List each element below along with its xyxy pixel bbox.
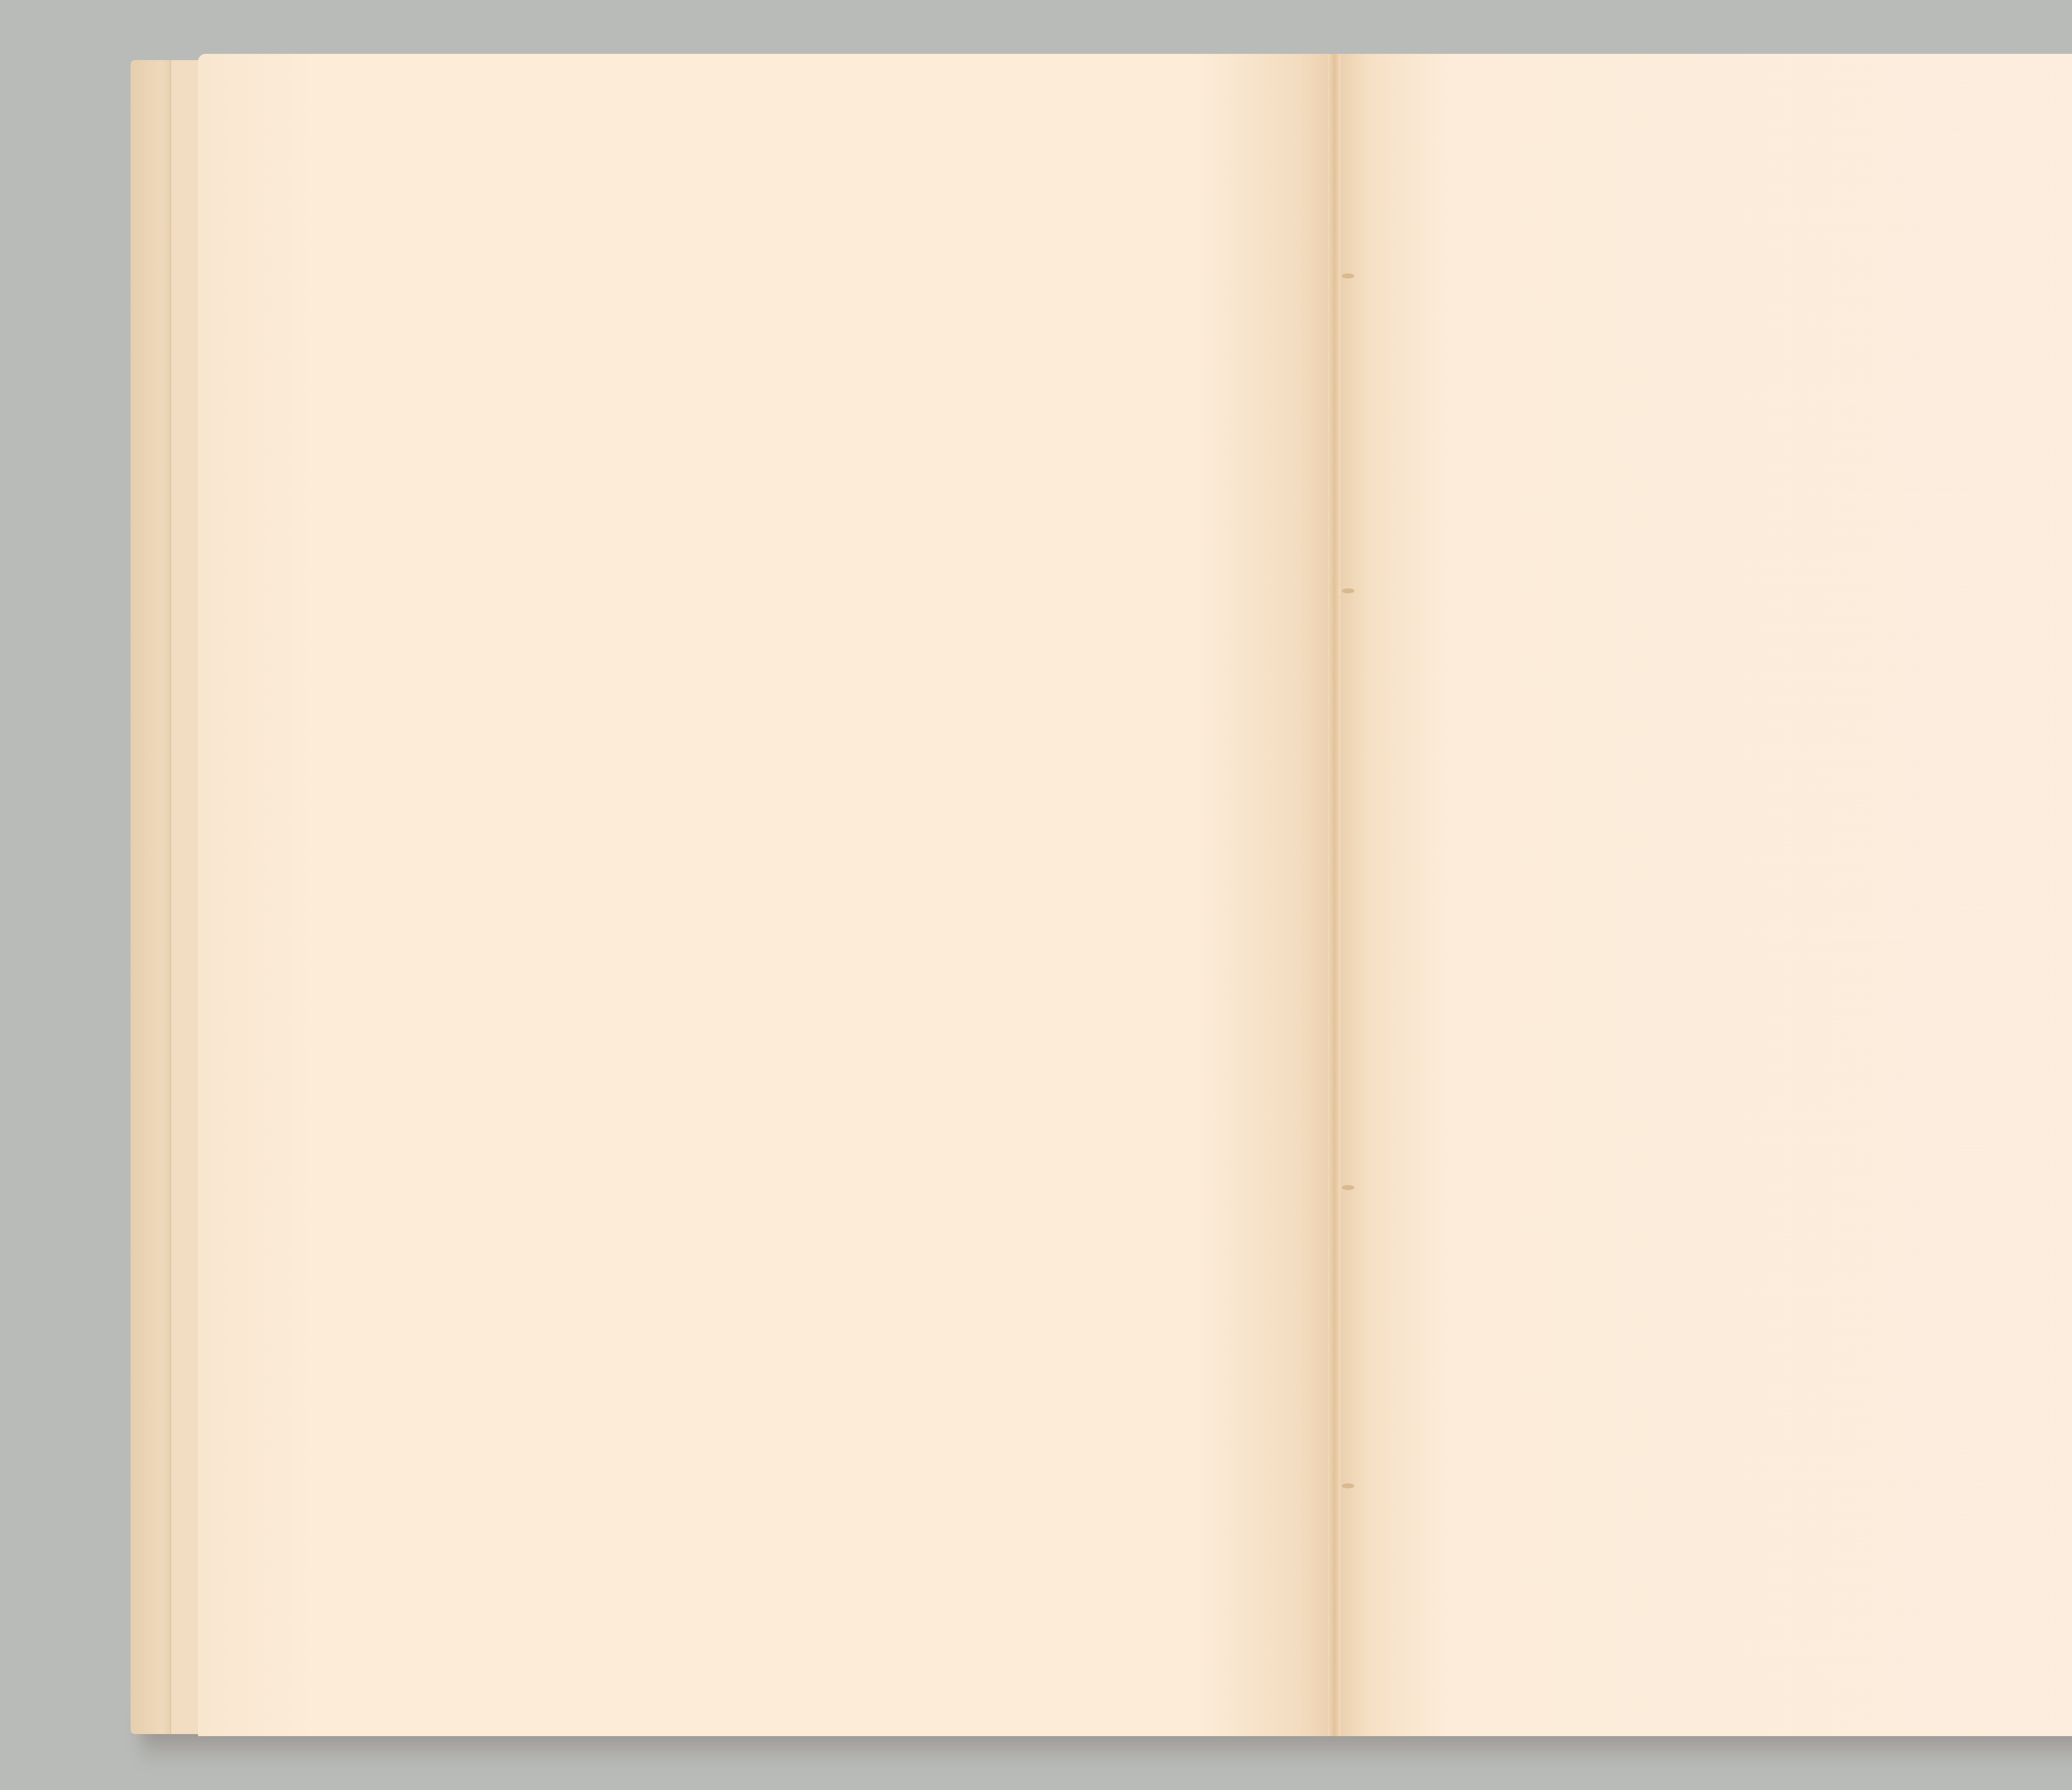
photo-scene xyxy=(0,0,2072,1790)
binding-stitch xyxy=(1342,588,1354,593)
binding-stitch xyxy=(1342,1185,1354,1190)
open-book xyxy=(0,0,2072,1790)
left-page xyxy=(198,54,1334,1736)
left-cover-inner-fold xyxy=(170,60,200,1734)
binding-stitch xyxy=(1342,273,1354,278)
book-gutter xyxy=(1328,54,1341,1736)
right-page xyxy=(1334,54,2072,1736)
binding-stitch xyxy=(1342,1483,1354,1488)
